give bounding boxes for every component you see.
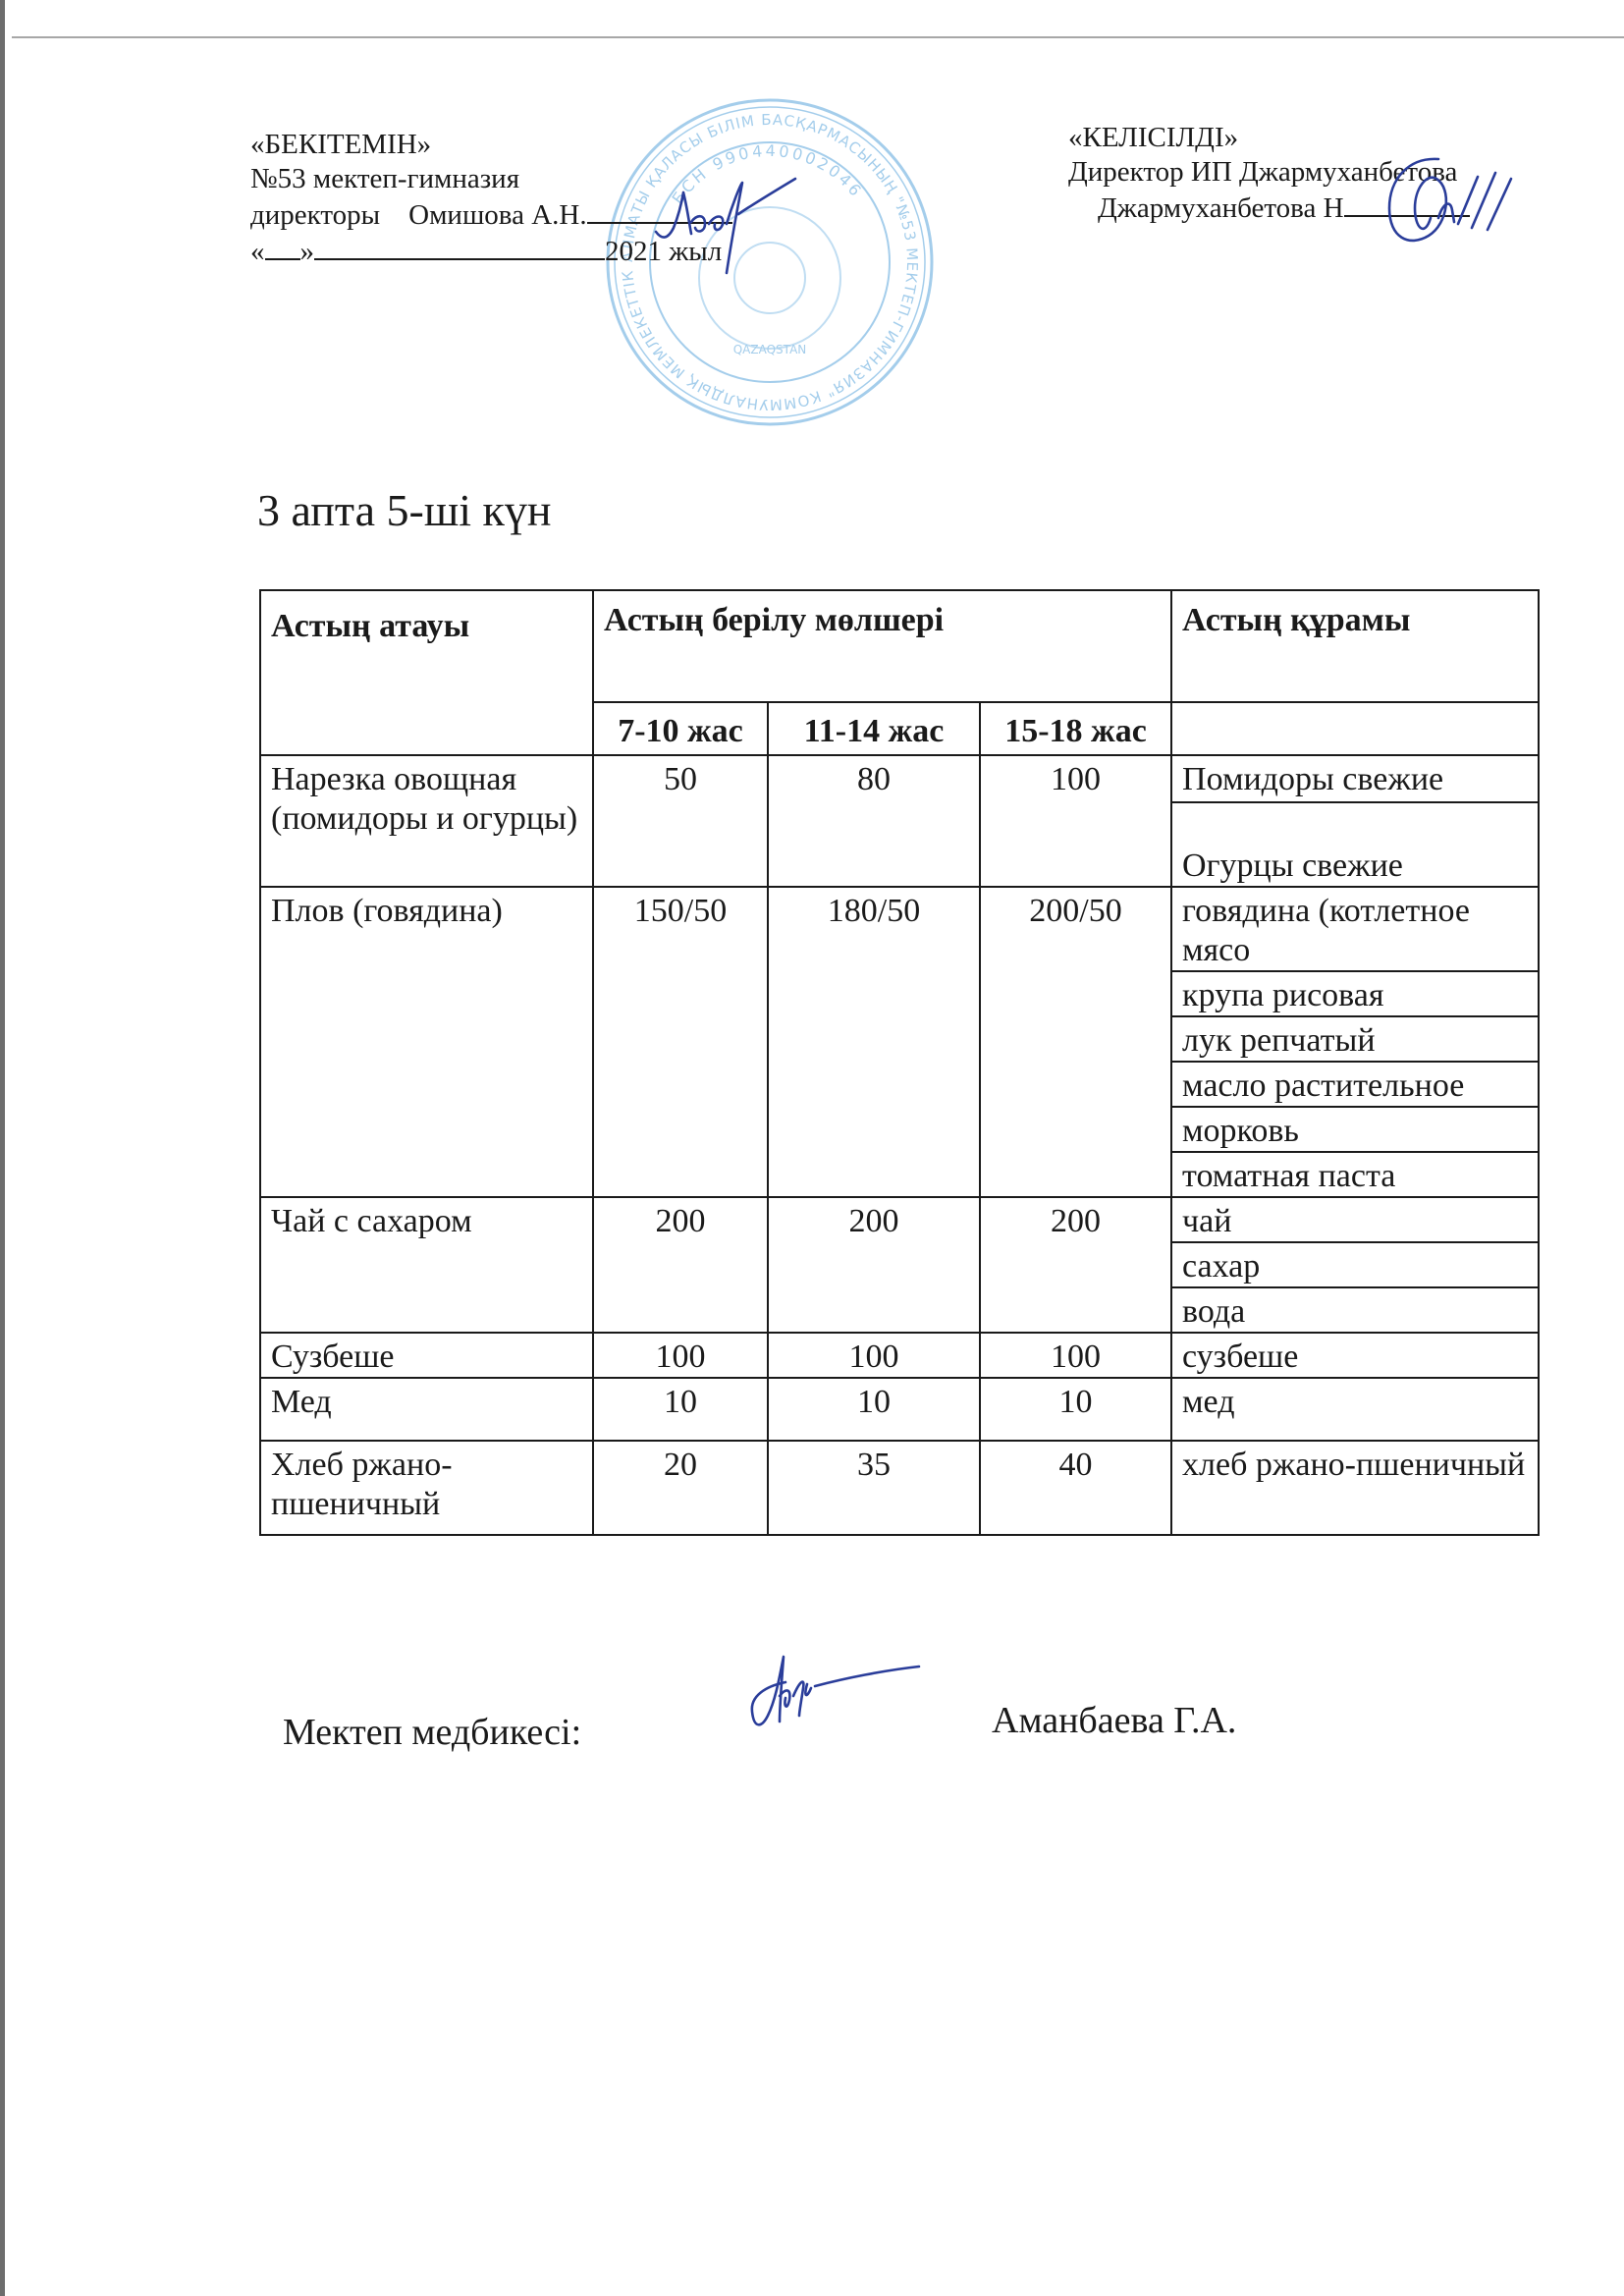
ingredient-cell: говядина (котлетное мясо (1171, 887, 1539, 971)
ingredient-cell: Помидоры свежие (1171, 755, 1539, 802)
portion-cell: 200 (980, 1197, 1171, 1333)
nurse-label: Мектеп медбикесі: (283, 1711, 581, 1754)
dish-name-cell: Мед (260, 1378, 593, 1441)
ip-director-line: Джармуханбетова Н (1068, 190, 1470, 226)
ip-director-name: Джармуханбетова Н (1098, 192, 1344, 224)
ingredient-cell: сузбеше (1171, 1333, 1539, 1378)
portion-cell: 200/50 (980, 887, 1171, 1197)
scan-line (12, 36, 1624, 38)
date-line: «»2021 жыл (250, 233, 732, 269)
approval-block-left: «БЕКІТЕМІН» №53 мектеп-гимназия директор… (250, 128, 732, 269)
year: 2021 жыл (605, 236, 722, 267)
portion-cell: 100 (593, 1333, 768, 1378)
ingredient-cell: вода (1171, 1287, 1539, 1333)
header-portion: Астың берілу мөлшері (593, 590, 1171, 702)
portion-cell: 10 (980, 1378, 1171, 1441)
ingredient-cell: крупа рисовая (1171, 971, 1539, 1016)
portion-cell: 35 (768, 1441, 980, 1535)
table-row: Чай с сахаром200200200чай (260, 1197, 1539, 1242)
svg-text:QAZAQSTAN: QAZAQSTAN (733, 343, 807, 356)
portion-cell: 10 (593, 1378, 768, 1441)
ingredient-cell: чай (1171, 1197, 1539, 1242)
nurse-signature-icon (746, 1653, 923, 1736)
portion-cell: 100 (980, 755, 1171, 887)
dish-name-cell: Нарезка овощная (помидоры и огурцы) (260, 755, 593, 887)
table-header-row: Астың атауы Астың берілу мөлшері Астың қ… (260, 590, 1539, 702)
page-title: 3 апта 5-ші күн (257, 483, 552, 538)
ingredient-cell: хлеб ржано-пшеничный (1171, 1441, 1539, 1535)
dish-name-cell: Сузбеше (260, 1333, 593, 1378)
portion-cell: 200 (593, 1197, 768, 1333)
table-row: Мед101010мед (260, 1378, 1539, 1441)
ingredient-cell: сахар (1171, 1242, 1539, 1287)
ingredient-cell: Огурцы свежие (1171, 802, 1539, 887)
dish-name-cell: Чай с сахаром (260, 1197, 593, 1333)
ip-director-position: Директор ИП Джармуханбетова (1068, 155, 1470, 190)
header-empty-cell (1171, 702, 1539, 755)
portion-cell: 40 (980, 1441, 1171, 1535)
table-row: Сузбеше100100100сузбеше (260, 1333, 1539, 1378)
ingredient-cell: мед (1171, 1378, 1539, 1441)
header-age-7-10: 7-10 жас (593, 702, 768, 755)
header-age-15-18: 15-18 жас (980, 702, 1171, 755)
portion-cell: 150/50 (593, 887, 768, 1197)
header-dish-name: Астың атауы (260, 590, 593, 755)
nurse-name: Аманбаева Г.А. (992, 1699, 1236, 1742)
menu-table: Астың атауы Астың берілу мөлшері Астың қ… (259, 589, 1540, 1536)
approval-block-right: «КЕЛІСІЛДІ» Директор ИП Джармуханбетова … (1068, 121, 1470, 226)
ingredient-cell: масло растительное (1171, 1062, 1539, 1107)
ingredient-cell: морковь (1171, 1107, 1539, 1152)
scan-edge (0, 0, 5, 2296)
portion-cell: 20 (593, 1441, 768, 1535)
table-row: Хлеб ржано-пшеничный203540хлеб ржано-пше… (260, 1441, 1539, 1535)
portion-cell: 180/50 (768, 887, 980, 1197)
portion-cell: 100 (980, 1333, 1171, 1378)
director-name: Омишова А.Н. (408, 199, 586, 231)
approval-heading: «БЕКІТЕМІН» (250, 128, 732, 162)
portion-cell: 10 (768, 1378, 980, 1441)
month-blank (314, 233, 605, 260)
ingredient-cell: лук репчатый (1171, 1016, 1539, 1062)
portion-cell: 200 (768, 1197, 980, 1333)
table-row: Плов (говядина)150/50180/50200/50говядин… (260, 887, 1539, 971)
director-line: директоры Омишова А.Н. (250, 196, 732, 233)
portion-cell: 80 (768, 755, 980, 887)
signature-line (1344, 190, 1470, 217)
header-age-11-14: 11-14 жас (768, 702, 980, 755)
portion-cell: 100 (768, 1333, 980, 1378)
school-name: №53 мектеп-гимназия (250, 162, 732, 196)
dish-name-cell: Хлеб ржано-пшеничный (260, 1441, 593, 1535)
portion-cell: 50 (593, 755, 768, 887)
table-row: Нарезка овощная (помидоры и огурцы)50801… (260, 755, 1539, 802)
agreed-heading: «КЕЛІСІЛДІ» (1068, 121, 1470, 155)
director-position: директоры (250, 199, 380, 231)
dish-name-cell: Плов (говядина) (260, 887, 593, 1197)
ingredient-cell: томатная паста (1171, 1152, 1539, 1197)
header-composition: Астың құрамы (1171, 590, 1539, 702)
signature-line (587, 196, 732, 224)
day-blank (265, 233, 300, 260)
